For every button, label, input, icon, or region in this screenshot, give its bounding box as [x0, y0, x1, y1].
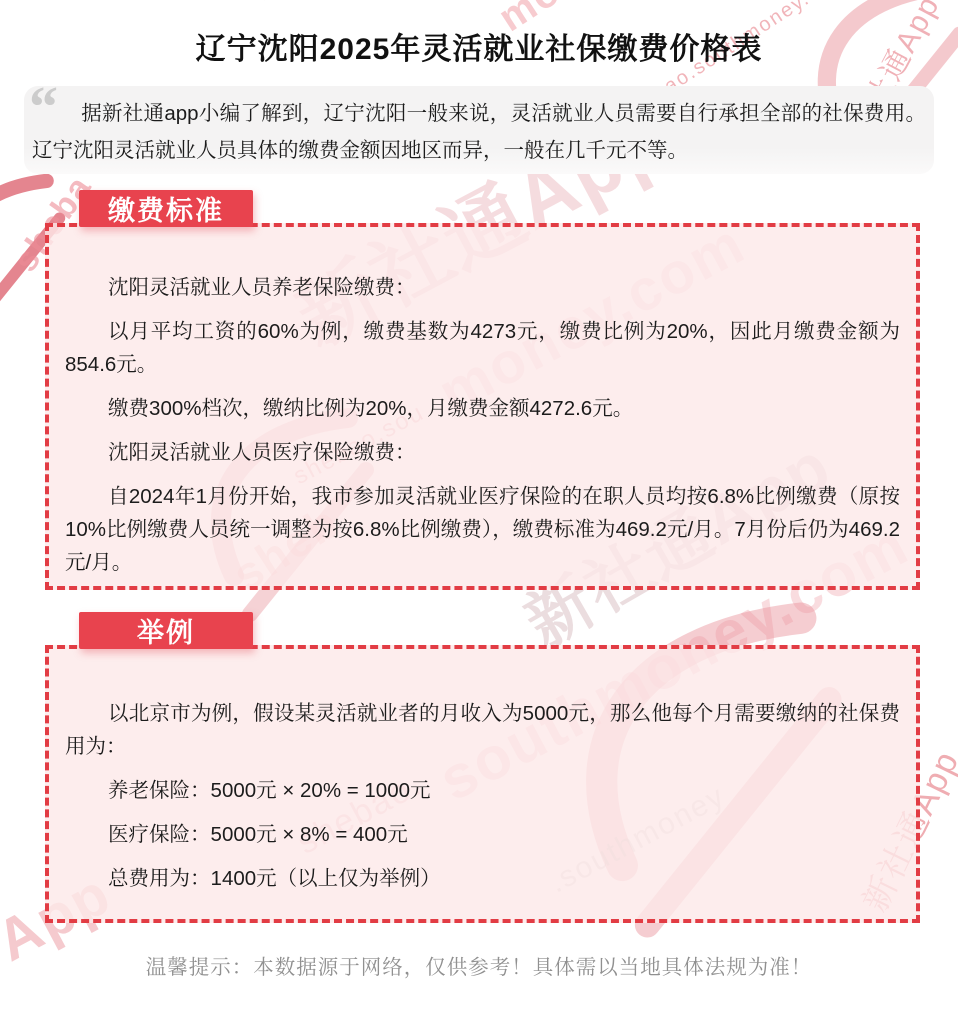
paragraph: 医疗保险：5000元 × 8% = 400元 [65, 818, 900, 851]
dashed-content-box: 缴费标准 沈阳灵活就业人员养老保险缴费： 以月平均工资的60%为例，缴费基数为4… [45, 223, 920, 590]
content: 辽宁沈阳2025年灵活就业社保缴费价格表 “ 据新社通app小编了解到，辽宁沈阳… [0, 0, 958, 1012]
intro-text: 据新社通app小编了解到，辽宁沈阳一般来说，灵活就业人员需要自行承担全部的社保费… [24, 86, 934, 169]
quote-icon: “ [29, 78, 58, 136]
paragraph: 总费用为：1400元（以上仅为举例） [65, 862, 900, 895]
section-payment-standard: 缴费标准 沈阳灵活就业人员养老保险缴费： 以月平均工资的60%为例，缴费基数为4… [0, 223, 958, 590]
page-title: 辽宁沈阳2025年灵活就业社保缴费价格表 [0, 24, 958, 68]
paragraph: 养老保险：5000元 × 20% = 1000元 [65, 774, 900, 807]
section-banner: 缴费标准 [79, 190, 253, 227]
paragraph: 缴费300%档次，缴纳比例为20%，月缴费金额4272.6元。 [65, 392, 900, 425]
section-example: 举例 以北京市为例，假设某灵活就业者的月收入为5000元，那么他每个月需要缴纳的… [0, 645, 958, 923]
footer-note: 温馨提示：本数据源于网络，仅供参考！具体需以当地具体法规为准！ [0, 950, 958, 980]
banner-label: 举例 [137, 611, 195, 650]
intro-callout: “ 据新社通app小编了解到，辽宁沈阳一般来说，灵活就业人员需要自行承担全部的社… [24, 86, 934, 174]
section-banner: 举例 [79, 612, 253, 649]
paragraph: 沈阳灵活就业人员医疗保险缴费： [65, 436, 900, 469]
paragraph: 以北京市为例，假设某灵活就业者的月收入为5000元，那么他每个月需要缴纳的社保费… [65, 697, 900, 763]
paragraph: 自2024年1月份开始，我市参加灵活就业医疗保险的在职人员均按6.8%比例缴费（… [65, 480, 900, 579]
banner-label: 缴费标准 [108, 189, 224, 228]
page: 新社通Appmoney.comshebao.southmoney.com新社通A… [0, 0, 958, 1012]
dashed-content-box: 举例 以北京市为例，假设某灵活就业者的月收入为5000元，那么他每个月需要缴纳的… [45, 645, 920, 923]
paragraph: 沈阳灵活就业人员养老保险缴费： [65, 271, 900, 304]
paragraph: 以月平均工资的60%为例，缴费基数为4273元，缴费比例为20%，因此月缴费金额… [65, 315, 900, 381]
